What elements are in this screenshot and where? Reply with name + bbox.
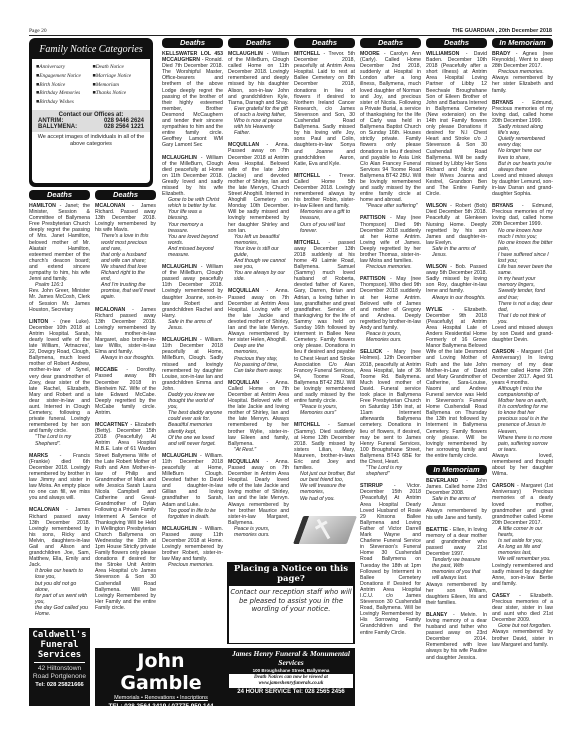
ad-business-name: John Gamble	[97, 650, 225, 694]
notice: MARKS - Francis (Frankie) died 6th Decem…	[29, 453, 90, 502]
notice: MITCHELL - passed away December 13th 201…	[294, 240, 355, 417]
page-number: Page 20	[29, 28, 47, 34]
notice-text: - Janet; the Minister, Session & Committ…	[29, 203, 90, 282]
notice: CARSON - Margaret (1st Anniversary) Prec…	[492, 483, 553, 587]
notice: MCALONAN - James Richard passed away 13t…	[29, 507, 90, 617]
ad-heading: Placing a Notice on this page?	[229, 564, 353, 584]
notice-text: - James Richard passed away 13th Decembe…	[29, 507, 90, 568]
notice-text: - Anna. Passed away on 7th December in A…	[228, 459, 289, 526]
section-header-deaths: Deaths	[426, 38, 487, 48]
notice: BEVERLAND - John James. Called home 23rd…	[426, 478, 487, 521]
notice: MCCARTNEY - Elizabeth (Betty). December …	[95, 422, 156, 611]
notice-text: - passed away December 13th 2018 suddenl…	[294, 240, 355, 404]
notice-text: - Margaret (1st Anniversary) In loving m…	[492, 349, 553, 385]
notice-verse: "The Lord is my shepherd"	[360, 465, 421, 477]
notice: CASEY - Elizabeth. Precious memories of …	[492, 593, 553, 648]
notice-verse: Gone to be with Christ which is better b…	[162, 197, 223, 258]
notice-name: WILSON	[426, 264, 447, 270]
notice-name: MARKS	[29, 453, 48, 459]
notice-text: - Anna. Passed away on 7th December 2018…	[228, 142, 289, 233]
category-item: Anniversary	[36, 63, 90, 72]
notice-name: CASEY	[492, 593, 510, 599]
notice-signoff: Always remembered by brother David, sist…	[492, 629, 553, 647]
notice-text: - Anna. Called Home on 7th December at A…	[228, 380, 289, 447]
notice-text: - Dorothy. Passed away 8th December 2018…	[95, 367, 156, 416]
notice-name: PATTISON	[360, 215, 385, 221]
notice-name: MCCARTNEY	[95, 422, 128, 428]
notice-verse: Safe in the arms of Jesus.	[426, 246, 487, 258]
ad-services: Memorials • Renovations • Inscriptions	[97, 694, 225, 702]
category-item: Engagement Notice	[36, 72, 90, 81]
notice-verse: It broke our hearts to lose you, but you…	[29, 568, 90, 617]
notice: MCQUILLAN - Anna. Passed away on 7th Dec…	[228, 142, 289, 282]
category-item: Marriage Notice	[93, 72, 147, 81]
notice-name: BRYANS	[492, 100, 513, 106]
notice-signoff: Always remembered by his wife Jane and f…	[426, 508, 487, 520]
notice: MCLAUGHLIN - William of the MilleBurn, C…	[162, 155, 223, 259]
notice-text: - May (nee Thompson). Who died 9th Decem…	[360, 276, 421, 331]
notice-name: MCLAUGHLIN	[162, 337, 197, 343]
notice: MITCHELL - Trevor. 5th December 2018, pe…	[294, 51, 355, 167]
notice-verse: Tenderly we treasure the past, With memo…	[426, 557, 487, 581]
column-5: Deaths MITCHELL - Trevor. 5th December 2…	[294, 38, 355, 558]
notice-name: MCQUILLAN	[228, 142, 259, 148]
notice-text: - William of the MilleBurn, Clough died …	[162, 155, 223, 198]
column-6: Deaths MOORE - Carolyn Ann (Carly). Call…	[360, 38, 421, 642]
column-1: Deaths HAMILTON - Janet; the Minister, S…	[29, 190, 90, 623]
notice-text: - Francis (Frankie) died 6th December 20…	[29, 453, 90, 502]
notice: BRYANS - Edmund, Precious memories of my…	[492, 203, 553, 343]
column-3: Deaths KELLSWATER LOL 453 MCCAUGHERN - R…	[162, 38, 223, 575]
notice-text: - (nee Luke). December 10th 2018 at Antr…	[29, 319, 90, 435]
notice-name: MCCABE	[95, 367, 118, 373]
notice-verse: Ever grateful for the gift of such a lov…	[228, 106, 289, 136]
section-header-deaths: Deaths	[294, 38, 355, 48]
notice: MCCABE - Dorothy. Passed away 8th Decemb…	[95, 367, 156, 416]
ad-phone: Tel: 028 25821666	[31, 682, 88, 688]
notice-signoff: Loved and missed always by son David and…	[492, 325, 553, 343]
section-header-deaths: Deaths	[95, 190, 156, 200]
notice-verse: Deep are the memories, Precious they sta…	[228, 343, 289, 373]
header-divider	[29, 35, 552, 36]
ad-address: 42 Hiltonstown Road Portglenone	[31, 665, 88, 681]
notice-name: MCLAUGHLIN	[162, 453, 197, 459]
notice: WYLIE - Elizabeth. December 9th 2018 (Pe…	[426, 307, 487, 459]
notice-name: BRYANS	[492, 203, 513, 209]
notice: SELLICK - Mary (nee Holmes). 12th Decemb…	[360, 349, 421, 477]
notice-verse: "Peace after suffering"	[360, 203, 421, 209]
column-8: In Memoriam BRADY - Agnes (nee Reynolds)…	[492, 38, 553, 654]
notice-name: MCLAUGHLIN	[162, 526, 197, 532]
notice-text: - Anna. Passed away on 7th December at A…	[228, 288, 289, 343]
notice-name: MCALONAN	[95, 307, 125, 313]
notice-text: - Margaret (1st Anniversary) Precious me…	[492, 483, 553, 526]
notice: LINTON - (nee Luke). December 10th 2018 …	[29, 319, 90, 447]
notice-verse: Precious memories.	[162, 562, 223, 568]
notice-text: - William. 11th December 2018 peacefully…	[162, 337, 223, 392]
notice: BRADY - Agnes (nee Reynolds). Went to sl…	[492, 51, 553, 94]
notice: MCLAUGHLIN - William. Passed away 11th D…	[162, 526, 223, 569]
notice: MCLAUGHLIN - William. 11th December 2018…	[162, 337, 223, 447]
notice-name: HAMILTON	[29, 203, 56, 209]
notice-name: MCQUILLAN	[228, 288, 259, 294]
notice-text: - Mary (nee Holmes). 12th December 2018,…	[360, 349, 421, 465]
notice-name: PATTISON	[360, 276, 385, 282]
ad-body: Contact our reception staff who will be …	[229, 586, 353, 643]
notice-verse: You left us beautiful memories, Your lov…	[228, 234, 289, 283]
notice: HAMILTON - Janet; the Minister, Session …	[29, 203, 90, 313]
section-header-deaths: Deaths	[29, 190, 90, 200]
ad-address: 100 Broughshane Street, Ballymena	[229, 667, 353, 674]
notice: BRYANS - Edmund, Precious memories of my…	[492, 100, 553, 198]
notice: MCQUILLAN - Anna. Called Home on 7th Dec…	[228, 380, 289, 453]
placing-notice-ad: Placing a Notice on this page? Contact o…	[227, 562, 355, 644]
category-item: Birth Notice	[36, 81, 90, 90]
notice-name: MITCHELL	[294, 51, 320, 57]
notice: CARSON - Margaret (1st Anniversary) In l…	[492, 349, 553, 477]
section-header-deaths: Deaths	[162, 38, 223, 48]
images-note: We accept images of individuals in all o…	[36, 134, 146, 147]
ad-business-name: James Henry Funeral & Monumental Service…	[229, 650, 353, 667]
ad-phone: 24 HOUR SERVICE Tel: 028 2565 2456	[229, 688, 353, 697]
notice: WILSON - Bob. Passed away 5th December 2…	[426, 264, 487, 301]
notice-text: - Trevor. Called Home 5th December 2018.…	[294, 173, 355, 209]
ad-phone: TEL: 028 2564 3419 / 07775 950 144	[97, 702, 225, 712]
notice: WILSON - Robert (Bob) Died December 5th …	[426, 203, 487, 258]
section-header-in-memoriam: In Memoriam	[426, 465, 487, 475]
notice: BLANEY - Melvin. In loving memory of a d…	[426, 612, 487, 661]
notice-verse: Always in our thoughts.	[426, 295, 487, 301]
notice-verse: Safe in the arms of Jesus	[426, 496, 487, 508]
categories-list: Anniversary Death Notice Engagement Noti…	[36, 63, 146, 107]
notice-verse: A little corner in our hearts, Is set as…	[492, 526, 553, 563]
contact-offices: Contact our Offices at: ANTRIM:028 9446 …	[32, 110, 150, 132]
section-header-in-memoriam: In Memoriam	[492, 38, 553, 48]
notice-verse: "Peace is yours, Memories ours"	[294, 404, 355, 416]
notice-name: MCLAUGHLIN	[228, 51, 263, 57]
ad-divider	[34, 662, 85, 663]
notice-name: BEVERLAND	[426, 478, 458, 484]
category-item: Birthday Memories	[36, 89, 90, 98]
notice-text: - Samuel (Sammy). Died suddenly at Home …	[294, 422, 355, 471]
notice-text: - David Baden. December 10th 2018 (Peace…	[426, 51, 487, 197]
notice-verse: Daddy you knew we thought the world of y…	[162, 392, 223, 447]
notice-verse: Sadly missed along life's way, Quietly r…	[492, 124, 553, 173]
notice: MOORE - Carolyn Ann (Carly). Called Home…	[360, 51, 421, 209]
ad-website-note: Death Notices can now be viewed at www.j…	[229, 674, 353, 688]
notice: BEATTIE - Ellen, in loving memory of a d…	[426, 527, 487, 606]
notice-text: - Victor. December 15th 2018 (Peacefully…	[360, 483, 421, 635]
family-notice-categories-box: Family Notice Categories Anniversary Dea…	[29, 38, 153, 187]
notice-text: - Melvin. In loving memory of a dear hus…	[426, 612, 487, 661]
notice-name: BLANEY	[426, 612, 447, 618]
notice-signoff: Rev. John Greer, Minister Mr. James McCo…	[29, 288, 90, 312]
notice: MITCHELL - Trevor. Called Home 5th Decem…	[294, 173, 355, 234]
column-7: Deaths WILLIAMSON - David Baden. Decembe…	[426, 38, 487, 667]
notice-verse: Memories are a gift to treasure, Ours of…	[294, 209, 355, 233]
notice-text: - Robert (Bob) Died December 5th 2018. P…	[426, 203, 487, 246]
notice-verse: Always in our thoughts.	[95, 355, 156, 361]
notice: MCQUILLAN - Anna. Passed away on 7th Dec…	[228, 288, 289, 373]
newspaper-title-date: THE GUARDIAN , 20th December 2018	[452, 28, 552, 34]
category-item: Death Notice	[93, 63, 147, 72]
notice-name: BEATTIE	[426, 527, 448, 533]
notice: MCQUILLAN - Anna. Passed away on 7th Dec…	[228, 459, 289, 538]
notice-verse: Not just our brother, But our best frien…	[294, 471, 355, 501]
notice: MCALONAN - James Richard passed away 13t…	[95, 307, 156, 362]
notice-name: MCLAUGHLIN	[162, 155, 197, 161]
notice-signoff: Always remembered by her son William, da…	[426, 582, 487, 606]
notice-name: CARSON	[492, 483, 514, 489]
category-item: Thanks Notice	[93, 89, 147, 98]
caldwells-funeral-ad: Caldwell's Funeral Services 42 Hiltonsto…	[29, 628, 90, 706]
john-gamble-ad: John Gamble Memorials • Renovations • In…	[95, 648, 227, 706]
notice-text: - William. 11th December 2018 peacefully…	[162, 453, 223, 508]
notice-text: - William of the MilleBurn, Clough passe…	[162, 264, 223, 319]
ad-business-name: Caldwell's Funeral Services	[31, 630, 88, 660]
notice-text: - Carolyn Ann (Carly). Called Home Decem…	[360, 51, 421, 203]
notice: MITCHELL - Samuel (Sammy). Died suddenly…	[294, 422, 355, 501]
notice-name: WYLIE	[426, 307, 442, 313]
office-name: BALLYMENA:	[38, 124, 77, 130]
notice-text: - James Richard passed away 13th Decembe…	[95, 307, 156, 356]
notice-name: MCQUILLAN	[228, 459, 259, 465]
notice-verse: Precious memories.	[360, 264, 421, 270]
notice-text: - Ronald. Died 7th December 2018. The Wo…	[162, 57, 223, 148]
notice: PATTISON - May (nee Thompson) Died 9th D…	[360, 215, 421, 270]
column-2: Deaths MCALONAN - James Richard. Passed …	[95, 190, 156, 617]
notice-verse: Peace is yours, memories ours.	[228, 526, 289, 538]
notice-name: MITCHELL	[294, 422, 320, 428]
notice: MCLAUGHLIN - William. 11th December 2018…	[162, 453, 223, 520]
notice-name: MITCHELL	[294, 173, 320, 179]
section-header-deaths: Deaths	[360, 38, 421, 48]
notice: KELLSWATER LOL 453 MCCAUGHERN - Ronald. …	[162, 51, 223, 149]
notice-verse: "At Rest."	[228, 447, 289, 453]
notice-text: - Trevor. 5th December 2018, peacefully …	[294, 51, 355, 167]
notice-verse: Safe in the arms of Jesus.	[162, 319, 223, 331]
category-item: Birthday Wishes	[36, 98, 90, 107]
notice: WILLIAMSON - David Baden. December 10th …	[426, 51, 487, 197]
notice-name: SELLICK	[360, 349, 382, 355]
notice-name: WILLIAMSON	[426, 51, 459, 57]
notice: MCLAUGHLIN - William of the MilleBurn, C…	[162, 264, 223, 331]
notice-name: MITCHELL	[294, 240, 320, 246]
notice: STIRRUP - Victor. December 15th 2018 (Pe…	[360, 483, 421, 635]
notice-name: MCALONAN	[95, 203, 125, 209]
notice-verse: No one knows how much I miss you; No one…	[492, 228, 553, 326]
notice-name: STIRRUP	[360, 483, 383, 489]
bible-icon	[294, 510, 354, 550]
section-header-deaths: Deaths	[228, 38, 289, 48]
categories-title: Family Notice Categories	[32, 41, 150, 59]
notice-text: - May (nee Thompson) Died 9th December 2…	[360, 215, 421, 264]
notice-verse: There's a love in this world most precio…	[95, 233, 156, 300]
notice-signoff: Always remembered by her sister Elizabet…	[492, 75, 553, 93]
notice-name: CARSON	[492, 349, 514, 355]
notice-verse: "The Lord is my Shepherd".	[29, 434, 90, 446]
office-phone: 028 2564 1221	[104, 124, 144, 130]
notice-name: BRADY	[492, 51, 510, 57]
notice-signoff: Lovingly remembered and sadly missed by …	[492, 563, 553, 587]
notice-name: WILSON	[426, 203, 447, 209]
notice-signoff: Always loved, remembered and thought abo…	[492, 453, 553, 477]
category-item: Memoriam	[93, 81, 147, 90]
notice-name: MCQUILLAN	[228, 380, 259, 386]
notice-text: - Elizabeth (Betty). December 15th 2018 …	[95, 422, 156, 611]
notice-name: MCALONAN	[29, 507, 59, 513]
notice-verse: Peace is yours, Memories ours.	[360, 331, 421, 343]
notice: MCLAUGHLIN - William of the MilleBurn, C…	[228, 51, 289, 136]
notice-name: LINTON	[29, 319, 48, 325]
ad-address: 8 Rathmore Heights, Ballymena	[97, 712, 225, 720]
notice-name: MOORE	[360, 51, 380, 57]
notice-verse: Although I miss the companionship of Mot…	[492, 386, 553, 453]
notice-text: - William. Passed away 11th December 201…	[162, 526, 223, 562]
notice-text: - Elizabeth. December 9th 2018 (Peaceful…	[426, 307, 487, 459]
james-henry-funeral-ad: James Henry Funeral & Monumental Service…	[227, 648, 355, 706]
notice-verse: Too good in life to be forgotten in deat…	[162, 508, 223, 520]
notice-text: - William of the MilleBurn, Clough calle…	[228, 51, 289, 106]
notice-signoff: Loved and missed always by daughter Lemu…	[492, 173, 553, 197]
notice: MCALONAN - James Richard. Passed away 13…	[95, 203, 156, 301]
column-4: Deaths MCLAUGHLIN - William of the Mille…	[228, 38, 289, 544]
notice-name: MCLAUGHLIN	[162, 264, 197, 270]
notice: PATTISON - May (nee Thompson). Who died …	[360, 276, 421, 343]
